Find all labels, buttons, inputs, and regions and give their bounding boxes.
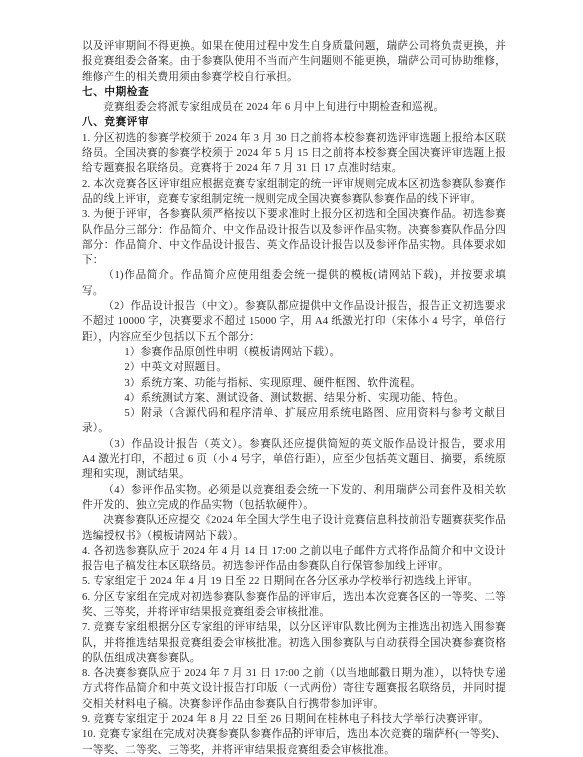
paragraph: （1)作品简介。作品简介应使用组委会统一提供的模板(请网站下载)，并按要求填写。 xyxy=(82,268,506,299)
list-item: 2）中英文对照题目。 xyxy=(82,360,506,375)
section-heading: 八、竞赛评审 xyxy=(82,115,506,130)
paragraph: 5. 专家组定于 2024 年 4 月 19 日至 22 日期间在各分区承办学校… xyxy=(82,574,506,589)
paragraph: 8. 各决赛参赛队应于 2024 年 7 月 31 日 17:00 之前（以当地… xyxy=(82,666,506,712)
paragraph: 决赛参赛队还应提交《2024 年全国大学生电子设计竞赛信息科技前沿专题赛获奖作品… xyxy=(82,513,506,544)
paragraph: 4. 各初选参赛队应于 2024 年 4 月 14 日 17:00 之前以电子邮… xyxy=(82,544,506,575)
list-item: 4）系统测试方案、测试设备、测试数据、结果分析、实现功能、特色。 xyxy=(82,391,506,406)
paragraph: （2）作品设计报告（中文）。参赛队都应提供中文作品设计报告，报告正文初选要求不超… xyxy=(82,299,506,345)
paragraph: 7. 竞赛专家组根据分区专家组的评审结果，以分区评审队数比例为主推选出初选入围参… xyxy=(82,620,506,666)
list-item: 5）附录（含源代码和程序清单、扩展应用系统电路图、应用资料与参考文献目录）。 xyxy=(82,406,506,437)
section-heading: 七、中期检查 xyxy=(82,85,506,100)
paragraph: 3. 为便于评审，各参赛队须严格按以下要求准时上报分区初选和全国决赛作品。初选参… xyxy=(82,207,506,268)
paragraph: （3）作品设计报告（英文）。参赛队还应提供简短的英文版作品设计报告，要求用 A4… xyxy=(82,437,506,483)
paragraph: （4）参评作品实物。必须是以竞赛组委会统一下发的、利用瑞萨公司套件及相关软件开发… xyxy=(82,483,506,514)
list-item: 1）参赛作品原创性申明（模板请网站下载）。 xyxy=(82,345,506,360)
paragraph: 以及评审期间不得更换。如果在使用过程中发生自身质量问题，瑞萨公司将负责更换，并报… xyxy=(82,39,506,85)
paragraph: 1. 分区初选的参赛学校须于 2024 年 3 月 30 日之前将本校参赛初选评… xyxy=(82,131,506,177)
list-item: 3）系统方案、功能与指标、实现原理、硬件框图、软件流程。 xyxy=(82,376,506,391)
document-body: 以及评审期间不得更换。如果在使用过程中发生自身质量问题，瑞萨公司将负责更换，并报… xyxy=(82,39,506,757)
paragraph: 6. 分区专家组在完成对初选参赛队参赛作品的评审后，选出本次竞赛各区的一等奖、二… xyxy=(82,590,506,621)
page-number: 3 xyxy=(82,726,506,736)
paragraph: 竞赛组委会将派专家组成员在 2024 年 6 月中上旬进行中期检查和巡视。 xyxy=(82,100,506,115)
paragraph: 2. 本次竞赛各区评审组应根据竞赛专家组制定的统一评审规则完成本区初选参赛队参赛… xyxy=(82,177,506,208)
document-page: 以及评审期间不得更换。如果在使用过程中发生自身质量问题，瑞萨公司将负责更换，并报… xyxy=(0,0,583,757)
